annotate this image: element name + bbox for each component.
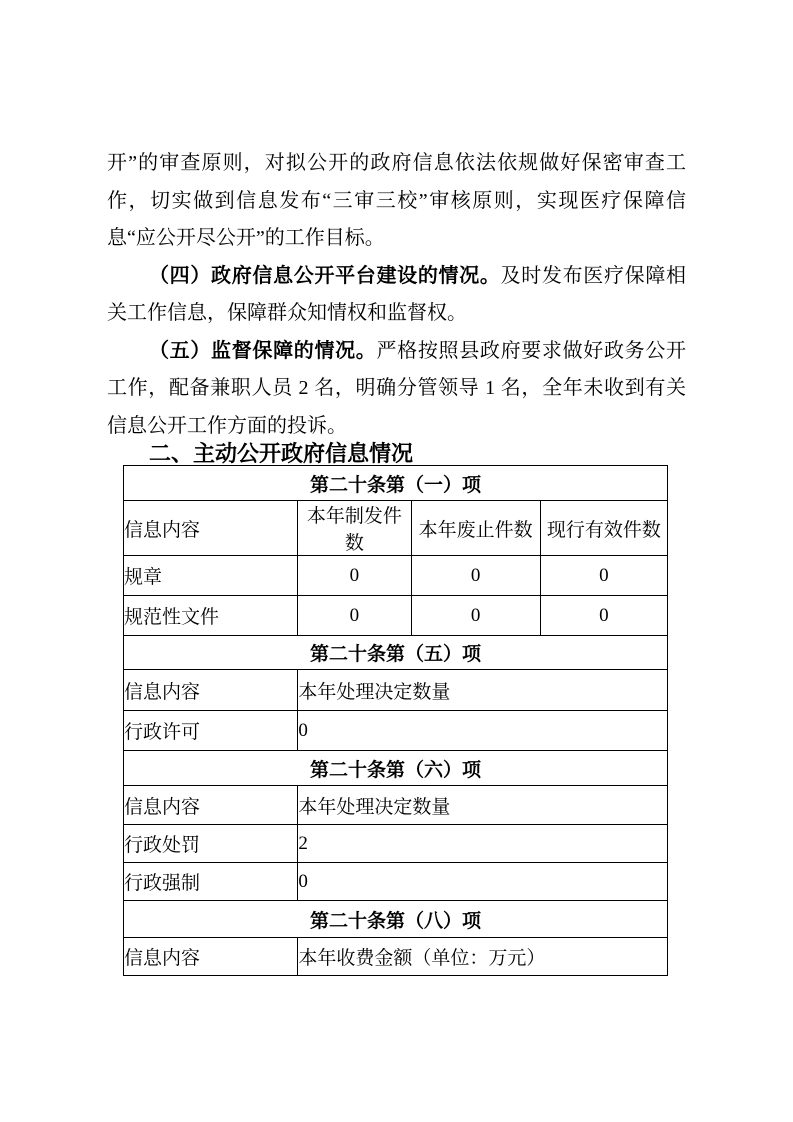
column-header: 本年处理决定数量	[298, 786, 668, 825]
table-row: 信息内容 本年处理决定数量	[124, 786, 668, 825]
table-row: 行政强制 0	[124, 863, 668, 901]
column-header: 本年废止件数	[411, 501, 540, 556]
column-header: 信息内容	[124, 501, 298, 556]
column-header: 本年处理决定数量	[298, 670, 668, 711]
paragraph-line: 工作，配备兼职人员 2 名，明确分管领导 1 名，全年未收到有关	[107, 370, 686, 408]
cell-value: 2	[298, 825, 668, 863]
row-label: 行政强制	[124, 863, 298, 901]
column-header: 信息内容	[124, 670, 298, 711]
table-row: 信息内容 本年制发件数 本年废止件数 现行有效件数	[124, 501, 668, 556]
table-row: 信息内容 本年收费金额（单位：万元）	[124, 938, 668, 976]
table-row: 行政许可 0	[124, 711, 668, 751]
table-section-title: 第二十条第（五）项	[124, 636, 668, 670]
table-section-title: 第二十条第（八）项	[124, 901, 668, 938]
document-page: 开”的审查原则，对拟公开的政府信息依法依规做好保密审查工 作，切实做到信息发布“…	[0, 0, 793, 1122]
cell-value: 0	[298, 596, 411, 636]
paragraph-line: （五）监督保障的情况。严格按照县政府要求做好政务公开	[107, 333, 686, 371]
paragraph-line: 关工作信息，保障群众知情权和监督权。	[107, 295, 686, 333]
column-header: 现行有效件数	[540, 501, 667, 556]
cell-value: 0	[411, 596, 540, 636]
disclosure-table: 第二十条第（一）项 信息内容 本年制发件数 本年废止件数 现行有效件数 规章 0…	[123, 465, 668, 976]
cell-value: 0	[298, 711, 668, 751]
table-row: 行政处罚 2	[124, 825, 668, 863]
paragraph-line: 息“应公开尽公开”的工作目标。	[107, 220, 686, 258]
table-section-title: 第二十条第（一）项	[124, 466, 668, 501]
table-row: 第二十条第（八）项	[124, 901, 668, 938]
table-row: 规范性文件 0 0 0	[124, 596, 668, 636]
paragraph-text: 严格按照县政府要求做好政务公开	[376, 340, 686, 362]
body-text: 开”的审查原则，对拟公开的政府信息依法依规做好保密审查工 作，切实做到信息发布“…	[107, 145, 686, 445]
row-label: 规章	[124, 556, 298, 596]
paragraph-line: （四）政府信息公开平台建设的情况。及时发布医疗保障相	[107, 258, 686, 296]
table-row: 第二十条第（一）项	[124, 466, 668, 501]
cell-value: 0	[411, 556, 540, 596]
row-label: 行政许可	[124, 711, 298, 751]
cell-value: 0	[298, 556, 411, 596]
paragraph-line: 作，切实做到信息发布“三审三校”审核原则，实现医疗保障信	[107, 183, 686, 221]
paragraph-lead-bold: （四）政府信息公开平台建设的情况。	[149, 265, 501, 287]
paragraph-line: 开”的审查原则，对拟公开的政府信息依法依规做好保密审查工	[107, 145, 686, 183]
cell-value: 0	[540, 596, 667, 636]
table-section-title: 第二十条第（六）项	[124, 751, 668, 786]
cell-value: 0	[540, 556, 667, 596]
column-header: 本年制发件数	[298, 501, 411, 556]
table-row: 信息内容 本年处理决定数量	[124, 670, 668, 711]
cell-value: 0	[298, 863, 668, 901]
paragraph-line: 信息公开工作方面的投诉。	[107, 408, 686, 446]
row-label: 规范性文件	[124, 596, 298, 636]
section-heading: 二、主动公开政府信息情况	[149, 441, 413, 467]
table-row: 第二十条第（六）项	[124, 751, 668, 786]
table-row: 第二十条第（五）项	[124, 636, 668, 670]
column-header: 本年收费金额（单位：万元）	[298, 938, 668, 976]
row-label: 行政处罚	[124, 825, 298, 863]
column-header: 信息内容	[124, 938, 298, 976]
column-header: 信息内容	[124, 786, 298, 825]
table-row: 规章 0 0 0	[124, 556, 668, 596]
paragraph-text: 及时发布医疗保障相	[501, 265, 686, 287]
paragraph-lead-bold: （五）监督保障的情况。	[149, 340, 376, 362]
